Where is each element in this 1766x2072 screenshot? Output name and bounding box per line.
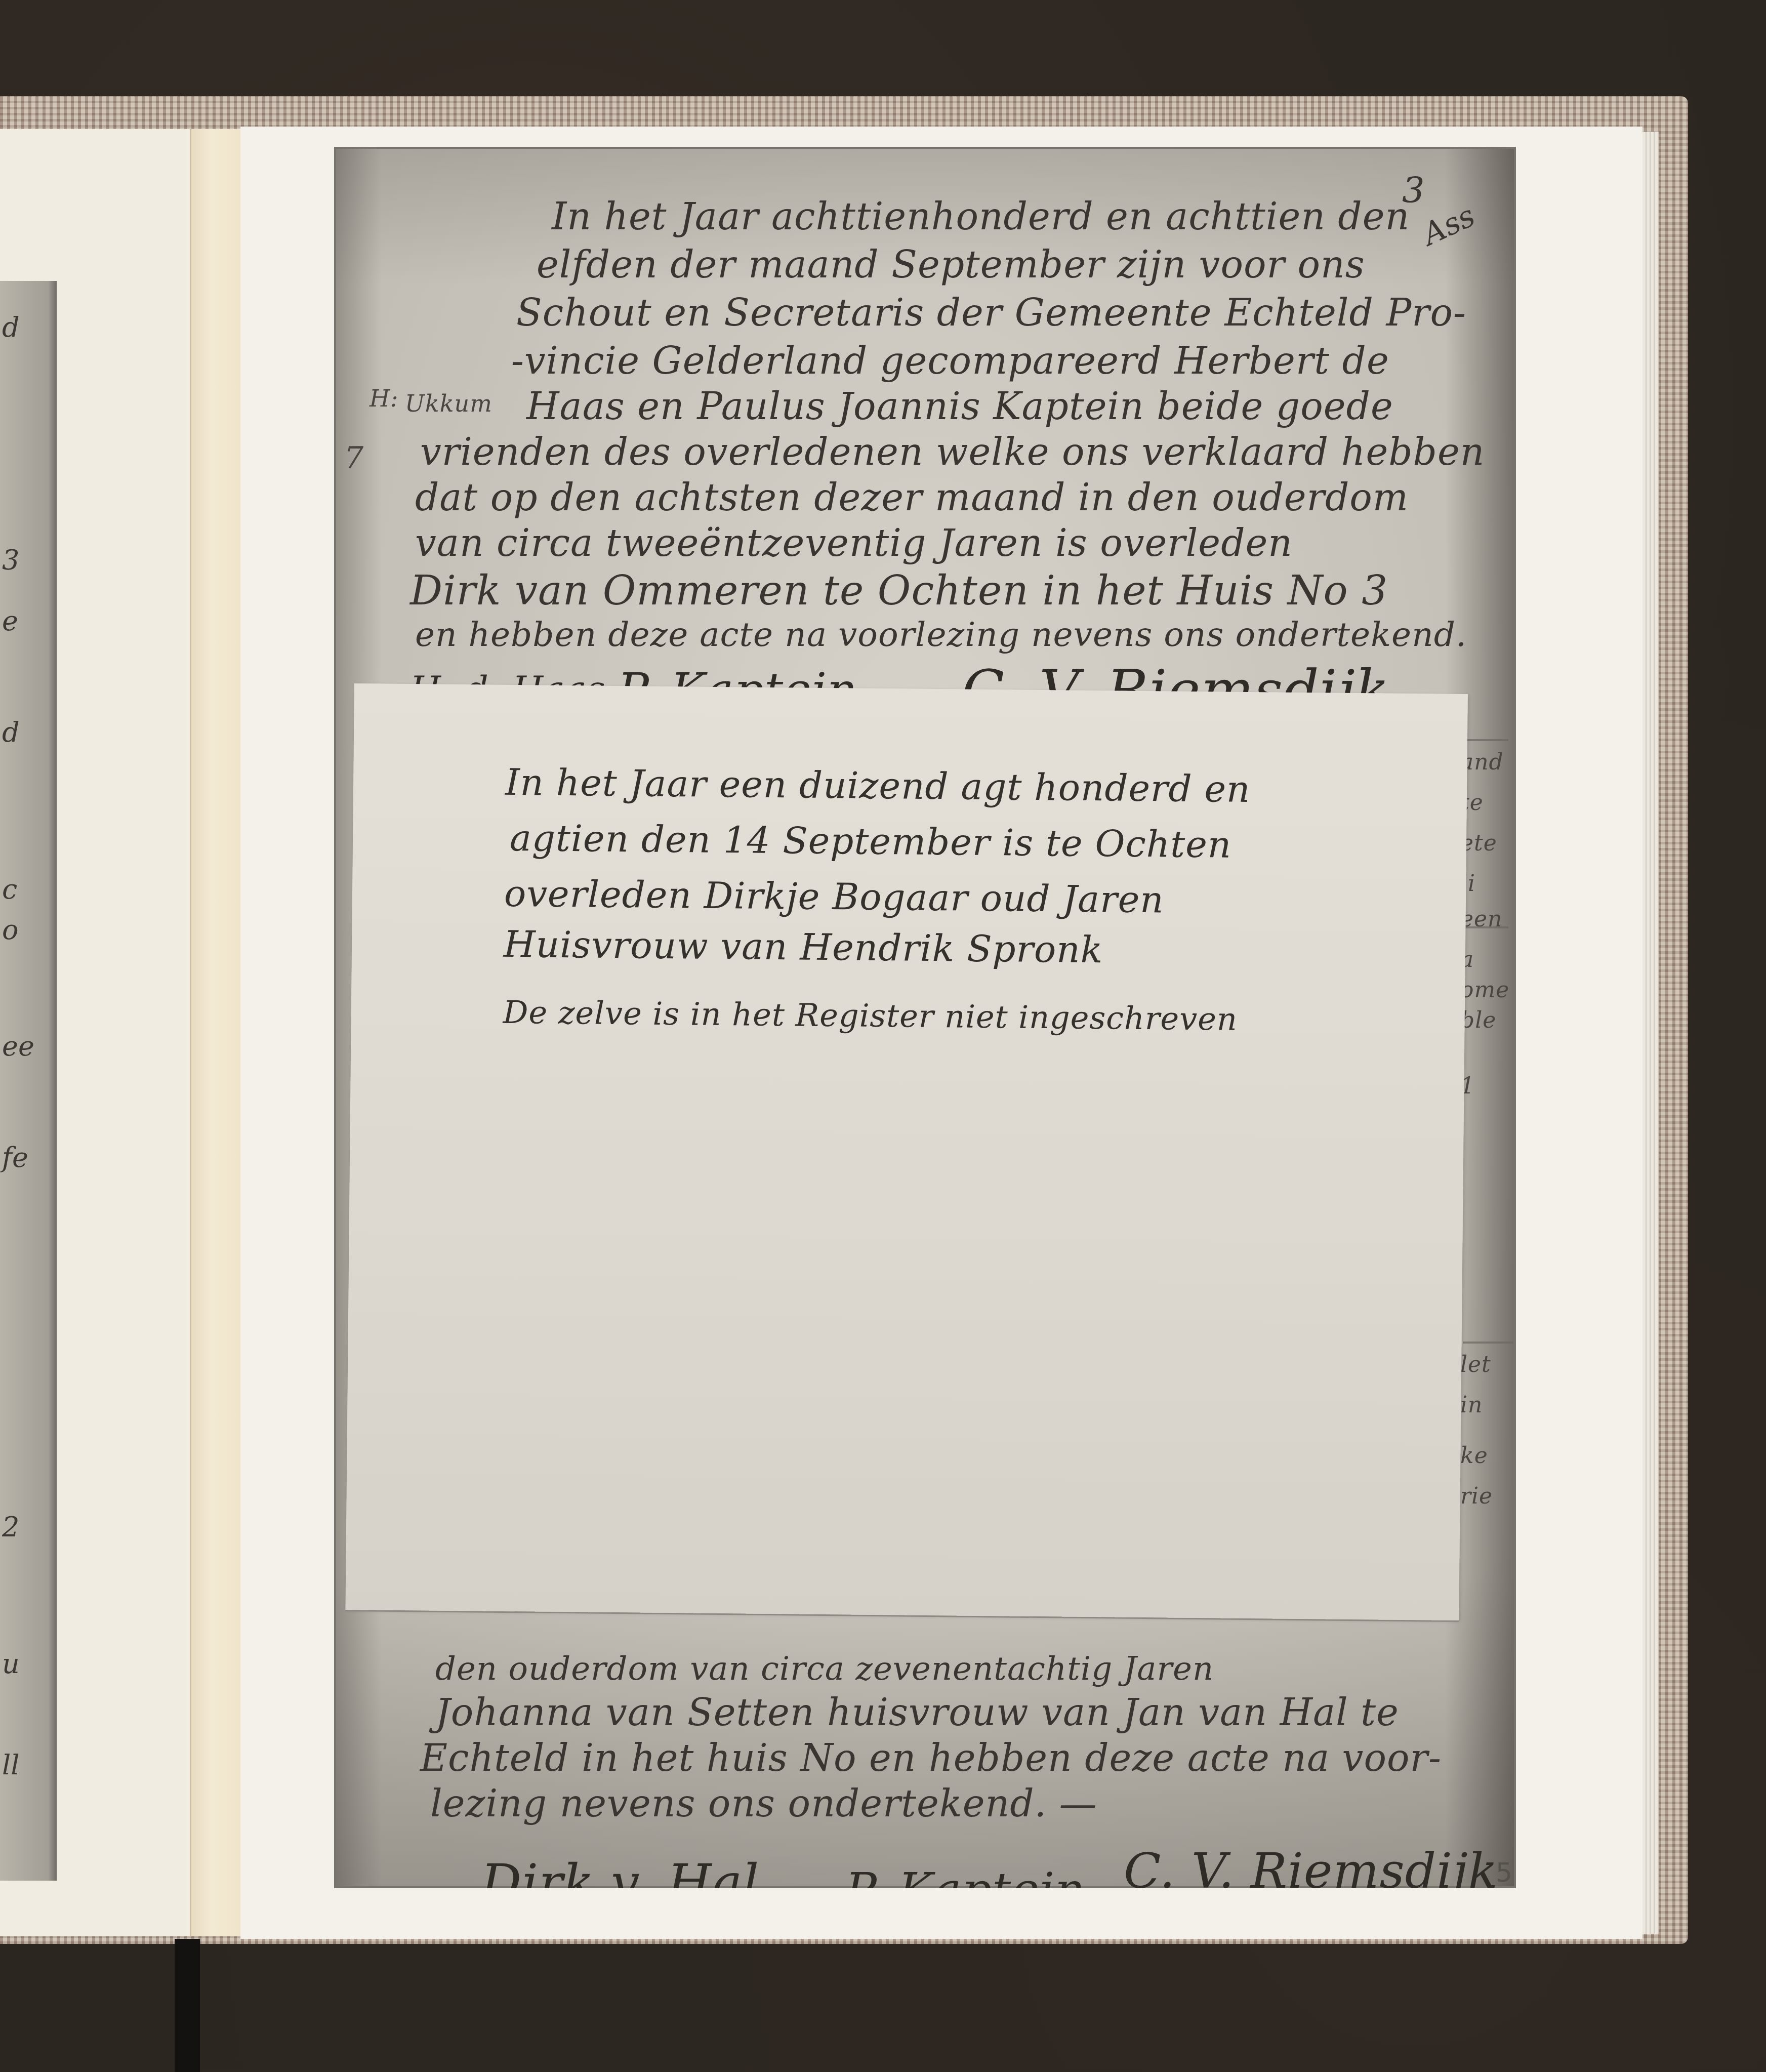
ruled-line bbox=[1463, 1342, 1513, 1344]
margin-fragment: ke bbox=[1460, 1443, 1488, 1469]
left-page-photo-fragment: d 3 e d c o ee fe 2 u ll bbox=[0, 281, 57, 1881]
fragment: 2 bbox=[2, 1511, 19, 1543]
record-line: van circa tweeëntzeventig Jaren is overl… bbox=[415, 521, 1293, 565]
insert-line: In het Jaar een duizend agt honderd en bbox=[505, 761, 1251, 810]
margin-note: Ukkum bbox=[405, 390, 492, 417]
page-edges bbox=[1642, 132, 1659, 1934]
insert-line: overleden Dirkje Bogaar oud Jaren bbox=[504, 872, 1164, 921]
insert-line: De zelve is in het Register niet ingesch… bbox=[503, 994, 1238, 1038]
archival-photo: 3 Ass In het Jaar achttienhonderd en ach… bbox=[334, 147, 1516, 1888]
fragment: u bbox=[2, 1648, 20, 1680]
book-gutter bbox=[190, 129, 242, 1936]
margin-fragment: ome bbox=[1460, 977, 1509, 1003]
fragment: c bbox=[2, 873, 17, 905]
record-line: den ouderdom van circa zevenentachtig Ja… bbox=[435, 1650, 1214, 1688]
record-line: lezing nevens ons ondertekend. — bbox=[430, 1782, 1097, 1825]
fragment: d bbox=[2, 311, 20, 343]
record-line: Haas en Paulus Joannis Kaptein beide goe… bbox=[526, 385, 1393, 428]
fragment: ll bbox=[2, 1749, 20, 1781]
fragment: d bbox=[2, 716, 20, 748]
insert-line: agtien den 14 September is te Ochten bbox=[510, 817, 1232, 866]
insert-line: Huisvrouw van Hendrik Spronk bbox=[504, 923, 1103, 971]
margin-fragment: let bbox=[1460, 1352, 1491, 1377]
signature-kaptein: P. Kaptein bbox=[845, 1863, 1085, 1888]
record-line: dat op den achtsten dezer maand in den o… bbox=[415, 476, 1409, 519]
fragment: fe bbox=[2, 1142, 28, 1173]
insert-slip: In het Jaar een duizend agt honderd en a… bbox=[345, 683, 1467, 1620]
record-line: Johanna van Setten huisvrouw van Jan van… bbox=[435, 1691, 1399, 1734]
record-line: elfden der maand September zijn voor ons bbox=[537, 243, 1365, 287]
signature-van-hal: Dirk v. Hal bbox=[481, 1853, 759, 1888]
fragment: ee bbox=[2, 1030, 34, 1062]
record-line: -vincie Gelderland gecompareerd Herbert … bbox=[511, 339, 1389, 383]
fragment: e bbox=[2, 605, 18, 637]
record-line: vrienden des overledenen welke ons verkl… bbox=[420, 430, 1485, 474]
record-line: en hebben deze acte na voorlezing nevens… bbox=[415, 615, 1467, 654]
record-line: Dirk van Ommeren te Ochten in het Huis N… bbox=[410, 567, 1388, 614]
record-line: In het Jaar achttienhonderd en achttien … bbox=[552, 195, 1410, 238]
printed-page-number: 5 bbox=[1496, 1858, 1512, 1888]
record-line: Echteld in het huis No en hebben deze ac… bbox=[420, 1736, 1442, 1780]
margin-fragment: ble bbox=[1460, 1007, 1496, 1033]
margin-note: 7 bbox=[344, 440, 364, 476]
fragment: o bbox=[2, 914, 19, 946]
left-facing-page: d 3 e d c o ee fe 2 u ll bbox=[0, 129, 190, 1936]
fragment: 3 bbox=[2, 544, 19, 576]
margin-fragment: rie bbox=[1460, 1483, 1493, 1509]
folio-mark: Ass bbox=[1417, 198, 1481, 253]
margin-note: H: bbox=[369, 385, 399, 412]
spine-shadow bbox=[175, 1939, 200, 2072]
margin-fragment: in bbox=[1460, 1392, 1483, 1418]
signature-riemsdijk: C. V. Riemsdijk bbox=[1124, 1843, 1498, 1888]
record-line: Schout en Secretaris der Gemeente Echtel… bbox=[516, 291, 1466, 335]
